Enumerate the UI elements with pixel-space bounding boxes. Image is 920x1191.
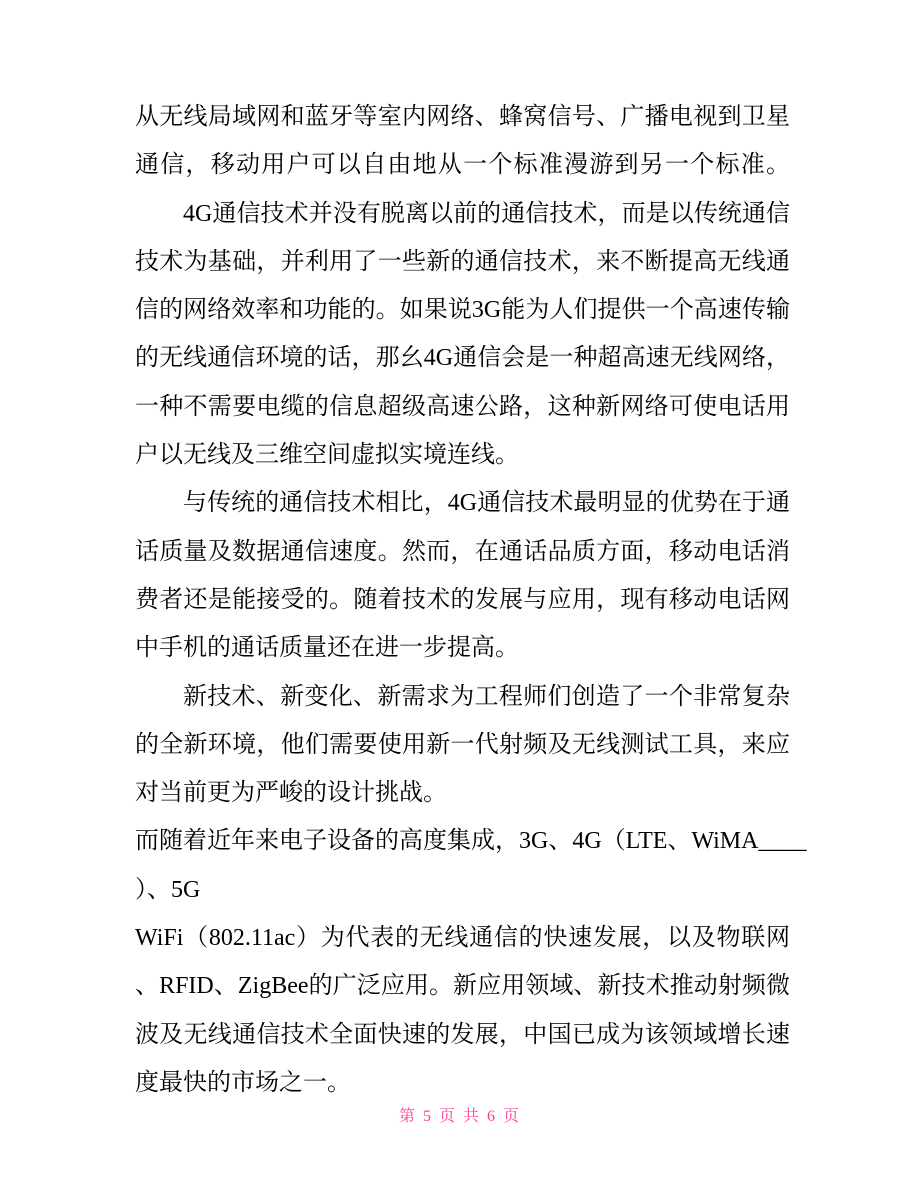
document-body: 从无线局域网和蓝牙等室内网络、蜂窝信号、广播电视到卫星通信，移动用户可以自由地从… xyxy=(135,93,790,1107)
body-text-line: 话质量及数据通信速度。然而，在通话品质方面，移动电话消 xyxy=(135,528,790,576)
body-text-line: ）、5G xyxy=(135,866,790,914)
body-text-line: 的全新环境，他们需要使用新一代射频及无线测试工具，来应 xyxy=(135,721,790,769)
body-text-line: 4G通信技术并没有脱离以前的通信技术，而是以传统通信 xyxy=(135,190,790,238)
body-text-line: 从无线局域网和蓝牙等室内网络、蜂窝信号、广播电视到卫星 xyxy=(135,93,790,141)
body-text-line: 中手机的通话质量还在进一步提高。 xyxy=(135,624,790,672)
body-text-line: 的无线通信环境的话，那幺4G通信会是一种超高速无线网络， xyxy=(135,334,790,382)
document-page: 从无线局域网和蓝牙等室内网络、蜂窝信号、广播电视到卫星通信，移动用户可以自由地从… xyxy=(0,0,920,1191)
body-text-line: WiFi（802.11ac）为代表的无线通信的快速发展，以及物联网 xyxy=(135,914,790,962)
body-text-line: 而随着近年来电子设备的高度集成，3G、4G（LTE、WiMA____ xyxy=(135,817,790,865)
page-number-text: 第 5 页 共 6 页 xyxy=(399,1108,521,1125)
body-text-line: 信的网络效率和功能的。如果说3G能为人们提供一个高速传输 xyxy=(135,286,790,334)
body-text-line: 户以无线及三维空间虚拟实境连线。 xyxy=(135,431,790,479)
body-text-line: 度最快的市场之一。 xyxy=(135,1059,790,1107)
body-text-line: 通信，移动用户可以自由地从一个标准漫游到另一个标准。 xyxy=(135,141,790,189)
body-text-line: 与传统的通信技术相比，4G通信技术最明显的优势在于通 xyxy=(135,479,790,527)
body-text-line: 对当前更为严峻的设计挑战。 xyxy=(135,769,790,817)
body-text-line: 新技术、新变化、新需求为工程师们创造了一个非常复杂 xyxy=(135,673,790,721)
body-text-line: 技术为基础，并利用了一些新的通信技术，来不断提高无线通 xyxy=(135,238,790,286)
body-text-line: 波及无线通信技术全面快速的发展，中国已成为该领域增长速 xyxy=(135,1011,790,1059)
body-text-line: 费者还是能接受的。随着技术的发展与应用，现有移动电话网 xyxy=(135,576,790,624)
body-text-line: 一种不需要电缆的信息超级高速公路，这种新网络可使电话用 xyxy=(135,383,790,431)
page-footer: 第 5 页 共 6 页 xyxy=(0,1102,920,1132)
body-text-line: 、RFID、ZigBee的广泛应用。新应用领域、新技术推动射频微 xyxy=(135,962,790,1010)
